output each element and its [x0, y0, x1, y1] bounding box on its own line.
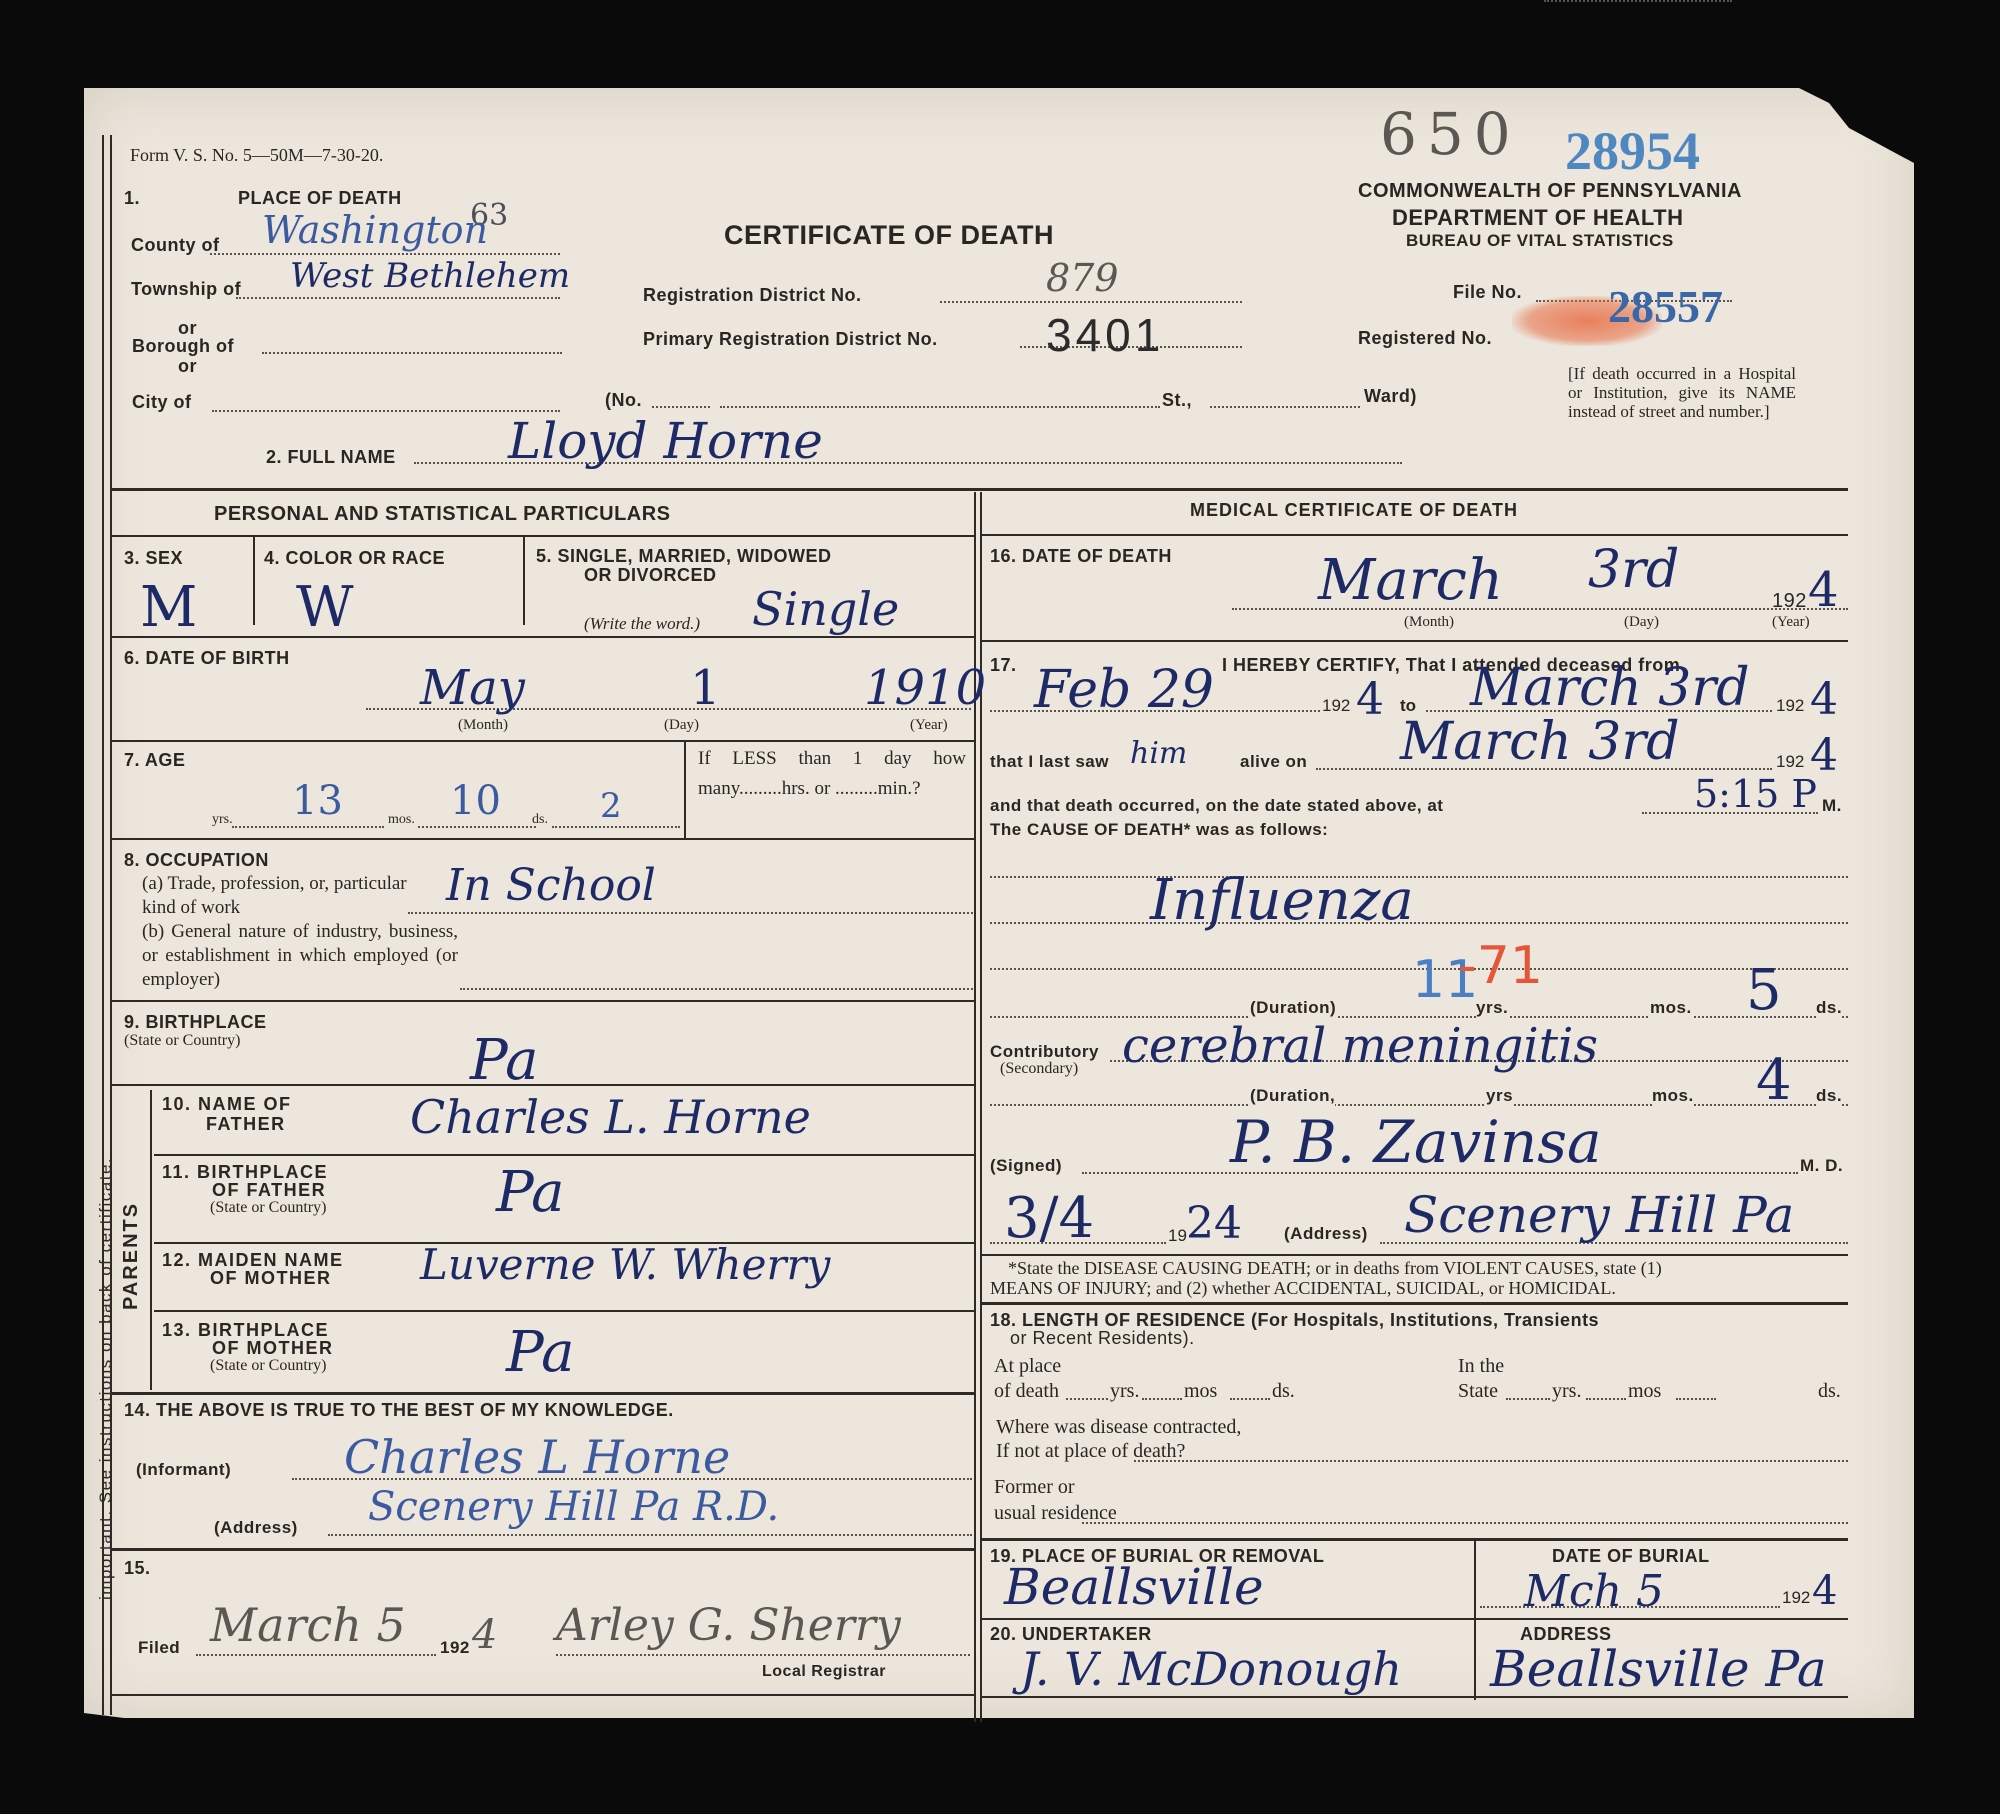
- ds-caption: ds.: [532, 812, 548, 828]
- yrs-caption: yrs.: [212, 812, 233, 828]
- borough-field-line[interactable]: [262, 352, 562, 354]
- agency-line-2: DEPARTMENT OF HEALTH: [1392, 205, 1684, 231]
- death-time-suffix: M.: [1822, 796, 1842, 816]
- in-state-ds: ds.: [1818, 1380, 1841, 1403]
- informant-label: (Informant): [136, 1460, 231, 1480]
- marital-hint: (Write the word.): [584, 614, 700, 634]
- burial-date-label: DATE OF BURIAL: [1552, 1546, 1710, 1567]
- contributory-value[interactable]: cerebral meningitis: [1122, 1018, 1598, 1074]
- burial-value[interactable]: Beallsville: [1004, 1558, 1264, 1616]
- signed-label: (Signed): [990, 1156, 1062, 1176]
- mother-bp-label-2: OF MOTHER: [212, 1338, 334, 1359]
- cell-divider: [523, 535, 525, 625]
- at-place-ds: ds.: [1272, 1380, 1295, 1403]
- street-label: St.,: [1162, 390, 1192, 411]
- dob-year[interactable]: 1910: [864, 660, 986, 716]
- burial-date-value[interactable]: Mch 5: [1524, 1566, 1664, 1617]
- city-label: City of: [132, 392, 192, 413]
- duration2-mos: mos.: [1652, 1086, 1694, 1106]
- occupation-value[interactable]: In School: [446, 860, 656, 911]
- borough-label: Borough of: [132, 336, 234, 357]
- certify-number: 17.: [990, 655, 1017, 676]
- row-line: [112, 838, 974, 840]
- death-time-value[interactable]: 5:15 P: [1694, 772, 1817, 816]
- signed-address-label: (Address): [1284, 1224, 1368, 1244]
- sex-value[interactable]: M: [140, 575, 197, 640]
- dob-month[interactable]: May: [420, 660, 525, 716]
- address-value[interactable]: Scenery Hill Pa R.D.: [368, 1484, 779, 1530]
- registrar-field-line: [556, 1654, 970, 1656]
- burial-year-prefix: 192: [1782, 1588, 1810, 1608]
- duration-label: (Duration): [1250, 998, 1336, 1018]
- row-line-thick: [112, 1392, 974, 1395]
- full-name-label: 2. FULL NAME: [266, 447, 396, 468]
- duration-ds-value[interactable]: 5: [1746, 958, 1782, 1023]
- row-line-thick: [982, 1302, 1848, 1305]
- registered-no-label: Registered No.: [1358, 328, 1492, 349]
- in-state-yrs-line[interactable]: [1506, 1398, 1550, 1400]
- county-field-line: [210, 253, 560, 255]
- burial-year-suffix[interactable]: 4: [1812, 1568, 1837, 1614]
- street-no-field-line[interactable]: [652, 406, 710, 408]
- occupation-b-line: [460, 988, 973, 990]
- row-line: [154, 1310, 974, 1312]
- cell-divider: [253, 535, 255, 625]
- at-place-yrs-line[interactable]: [1066, 1398, 1108, 1400]
- duration2-line: [990, 1104, 1848, 1106]
- at-place-mos-line[interactable]: [1142, 1398, 1182, 1400]
- at-place-mos: mos: [1184, 1380, 1217, 1403]
- duration2-ds-value[interactable]: 4: [1756, 1048, 1792, 1113]
- at-place-yrs: yrs.: [1110, 1380, 1139, 1403]
- section-15-number: 15.: [124, 1558, 151, 1579]
- registrar-signature[interactable]: Arley G. Sherry: [556, 1600, 901, 1651]
- last-saw-year-prefix: 192: [1776, 752, 1804, 772]
- occupation-b: (b) General nature of industry, business…: [142, 920, 458, 992]
- street-no-label: (No.: [605, 390, 642, 411]
- marital-label-1: 5. SINGLE, MARRIED, WIDOWED: [536, 546, 832, 567]
- header-divider: [112, 488, 1848, 491]
- mother-bp-value[interactable]: Pa: [506, 1320, 575, 1385]
- mother-bp-label-3: (State or Country): [210, 1357, 326, 1375]
- dob-day[interactable]: 1: [690, 660, 721, 716]
- bottom-line: [982, 1696, 1848, 1698]
- county-label: County of: [131, 235, 219, 256]
- cause-value[interactable]: Influenza: [1150, 868, 1414, 933]
- attended-to-year[interactable]: 4: [1810, 674, 1838, 725]
- age-mos-line: [418, 826, 536, 828]
- stamp-number: 28954: [1565, 120, 1700, 182]
- secondary-label: (Secondary): [1000, 1060, 1078, 1078]
- or-label-2: or: [178, 356, 197, 377]
- father-bp-label-3: (State or Country): [210, 1199, 326, 1217]
- alive-on-label: alive on: [1240, 752, 1307, 772]
- margin-instructions: important. See instructions on back of c…: [96, 1157, 116, 1600]
- age-ds-line: [552, 826, 680, 828]
- in-state-ds-line[interactable]: [1676, 1398, 1716, 1400]
- age-ds[interactable]: 2: [600, 786, 622, 826]
- bottom-line: [112, 1694, 974, 1696]
- at-place-label-1: At place: [994, 1355, 1061, 1378]
- duration2-yrs: yrs: [1486, 1086, 1513, 1106]
- age-mos[interactable]: 10: [450, 778, 501, 824]
- dod-year-prefix: 192: [1772, 590, 1807, 613]
- registration-district-value[interactable]: 879: [1046, 256, 1119, 300]
- signed-value[interactable]: P. B. Zavinsa: [1230, 1108, 1602, 1176]
- medical-heading: MEDICAL CERTIFICATE OF DEATH: [1190, 500, 1518, 521]
- footnote-1: *State the DISEASE CAUSING DEATH; or in …: [1008, 1258, 1662, 1279]
- dod-month-caption: (Month): [1404, 614, 1454, 631]
- attended-to[interactable]: March 3rd: [1470, 658, 1749, 718]
- in-state-mos-line[interactable]: [1586, 1398, 1626, 1400]
- registrar-label: Local Registrar: [762, 1663, 886, 1681]
- marital-label-2: OR DIVORCED: [584, 565, 717, 586]
- informant-value[interactable]: Charles L Horne: [344, 1430, 730, 1484]
- footnote-2: MEANS OF INJURY; and (2) whether ACCIDEN…: [990, 1278, 1616, 1299]
- last-saw-date[interactable]: March 3rd: [1400, 712, 1679, 772]
- row-line: [112, 535, 974, 537]
- contracted-line[interactable]: [1134, 1460, 1848, 1462]
- row-line-thick: [982, 1538, 1848, 1541]
- burial-divider: [1474, 1540, 1476, 1700]
- md-label: M. D.: [1800, 1156, 1843, 1176]
- township-field-line: [236, 297, 560, 299]
- dod-month[interactable]: March: [1318, 548, 1503, 613]
- dod-day-caption: (Day): [1624, 614, 1659, 631]
- father-bp-label-2: OF FATHER: [212, 1180, 326, 1201]
- informant-heading: 14. THE ABOVE IS TRUE TO THE BEST OF MY …: [124, 1400, 674, 1421]
- occupation-label: 8. OCCUPATION: [124, 850, 269, 871]
- registration-district-label: Registration District No.: [643, 285, 862, 306]
- in-state-label-2: State: [1458, 1380, 1498, 1403]
- attended-to-year-prefix: 192: [1776, 696, 1804, 716]
- cause-line-1: [990, 876, 1848, 878]
- row-line: [982, 640, 1848, 642]
- certificate-title: CERTIFICATE OF DEATH: [724, 220, 1054, 251]
- in-state-mos: mos: [1628, 1380, 1661, 1403]
- signed-date[interactable]: 3/4: [1004, 1186, 1094, 1251]
- full-name-value[interactable]: Lloyd Horne: [508, 412, 823, 470]
- address-field-line: [328, 1534, 972, 1536]
- form-number: Form V. S. No. 5—50M—7-30-20.: [130, 145, 383, 166]
- duration2-label: (Duration,: [1250, 1086, 1335, 1106]
- county-value[interactable]: Washington: [262, 208, 488, 252]
- filed-label: Filed: [138, 1638, 180, 1658]
- attended-from-year[interactable]: 4: [1356, 674, 1384, 725]
- in-state-label-1: In the: [1458, 1355, 1504, 1378]
- row-line-thick: [112, 1548, 974, 1551]
- birthplace-sub: (State or Country): [124, 1032, 240, 1050]
- dod-year-caption: (Year): [1772, 614, 1810, 631]
- undertaker-value[interactable]: J. V. McDonough: [1020, 1642, 1402, 1696]
- filed-field-line: [196, 1654, 436, 1656]
- hospital-note: [If death occurred in a Hospital or Inst…: [1568, 364, 1796, 421]
- cause-label: The CAUSE OF DEATH* was as follows:: [990, 820, 1328, 840]
- occupation-a-line: [408, 912, 973, 914]
- at-place-ds-line[interactable]: [1230, 1398, 1270, 1400]
- duration-ds: ds.: [1816, 998, 1842, 1018]
- father-value[interactable]: Charles L. Horne: [410, 1090, 811, 1144]
- filed-value[interactable]: March 5: [210, 1598, 406, 1652]
- former-residence-line[interactable]: [1082, 1522, 1848, 1524]
- place-of-death-heading: PLACE OF DEATH: [238, 188, 402, 209]
- dod-year-suffix[interactable]: 4: [1808, 562, 1839, 618]
- race-label: 4. COLOR OR RACE: [264, 548, 445, 569]
- registered-no-line[interactable]: [1544, 0, 1732, 2]
- row-line: [112, 1000, 974, 1002]
- year-caption: (Year): [910, 717, 948, 734]
- township-label: Township of: [131, 279, 241, 300]
- coding-mark-red: -71: [1458, 936, 1543, 996]
- undertaker-address-value[interactable]: Beallsville Pa: [1490, 1640, 1827, 1698]
- street-field-line[interactable]: [720, 406, 1160, 408]
- dob-label: 6. DATE OF BIRTH: [124, 648, 290, 669]
- signed-address-value[interactable]: Scenery Hill Pa: [1404, 1186, 1794, 1244]
- race-value[interactable]: W: [296, 575, 354, 640]
- age-yrs-line: [232, 826, 384, 828]
- ward-field-line[interactable]: [1210, 406, 1360, 408]
- pencil-annotation: 650: [1380, 100, 1521, 168]
- agency-line-1: COMMONWEALTH OF PENNSYLVANIA: [1358, 180, 1742, 203]
- row-line: [982, 1254, 1848, 1256]
- residence-heading-2: or Recent Residents).: [1010, 1328, 1195, 1349]
- parents-divider: [150, 1090, 152, 1390]
- in-state-yrs: yrs.: [1552, 1380, 1581, 1403]
- day-caption: (Day): [664, 717, 699, 734]
- cause-line-2: [990, 922, 1848, 924]
- dod-label: 16. DATE OF DEATH: [990, 546, 1172, 567]
- father-bp-value[interactable]: Pa: [496, 1160, 565, 1225]
- filed-year-suffix[interactable]: 4: [472, 1612, 497, 1658]
- birthplace-label: 9. BIRTHPLACE: [124, 1012, 267, 1033]
- township-value[interactable]: West Bethlehem: [290, 256, 570, 296]
- former-residence-label-1: Former or: [994, 1476, 1075, 1499]
- duration-yrs: yrs.: [1476, 998, 1508, 1018]
- sex-label: 3. SEX: [124, 548, 183, 569]
- row-line: [112, 1084, 974, 1086]
- parents-label: PARENTS: [120, 1202, 143, 1310]
- row-line: [112, 636, 974, 638]
- registration-district-line: [940, 301, 1242, 303]
- at-place-label-2: of death: [994, 1380, 1059, 1403]
- filed-year-prefix: 192: [440, 1638, 470, 1658]
- signed-year-suffix[interactable]: 24: [1186, 1198, 1242, 1249]
- month-caption: (Month): [458, 717, 508, 734]
- primary-district-value[interactable]: 3401: [1046, 308, 1164, 362]
- address-label: (Address): [214, 1518, 298, 1538]
- age-label: 7. AGE: [124, 750, 185, 771]
- primary-district-label: Primary Registration District No.: [643, 329, 938, 350]
- mother-value[interactable]: Luverne W. Wherry: [420, 1240, 830, 1289]
- mos-caption: mos.: [388, 812, 415, 828]
- cell-divider: [684, 740, 686, 838]
- occupation-a: (a) Trade, profession, or, particular ki…: [142, 872, 432, 920]
- marital-value[interactable]: Single: [752, 582, 899, 636]
- row-line: [154, 1154, 974, 1156]
- attended-from-year-prefix: 192: [1322, 696, 1350, 716]
- contracted-label-1: Where was disease contracted,: [996, 1416, 1241, 1439]
- attended-from[interactable]: Feb 29: [1034, 660, 1214, 720]
- row-line: [982, 534, 1848, 536]
- contributory-label: Contributory: [990, 1042, 1099, 1062]
- agency-line-3: BUREAU OF VITAL STATISTICS: [1406, 231, 1674, 251]
- ward-label: Ward): [1364, 386, 1417, 407]
- signed-year-prefix: 19: [1168, 1226, 1187, 1246]
- last-saw-label: that I last saw: [990, 752, 1109, 772]
- duration-mos: mos.: [1650, 998, 1692, 1018]
- father-label-2: FATHER: [206, 1114, 286, 1135]
- father-label-1: 10. NAME OF: [162, 1094, 292, 1115]
- row-line: [112, 740, 974, 742]
- mother-label-2: OF MOTHER: [210, 1268, 332, 1289]
- file-no-value[interactable]: 28557: [1608, 280, 1723, 333]
- duration2-ds: ds.: [1816, 1086, 1842, 1106]
- dod-day[interactable]: 3rd: [1588, 540, 1679, 600]
- row-line: [982, 1618, 1848, 1620]
- less-than-day-note: If LESS than 1 day how many.........hrs.…: [698, 744, 966, 804]
- last-saw-pronoun[interactable]: him: [1130, 736, 1187, 771]
- age-yrs[interactable]: 13: [292, 778, 343, 824]
- death-time-label: and that death occurred, on the date sta…: [990, 796, 1443, 816]
- section-1-number: 1.: [124, 188, 140, 209]
- personal-heading: PERSONAL AND STATISTICAL PARTICULARS: [214, 503, 671, 526]
